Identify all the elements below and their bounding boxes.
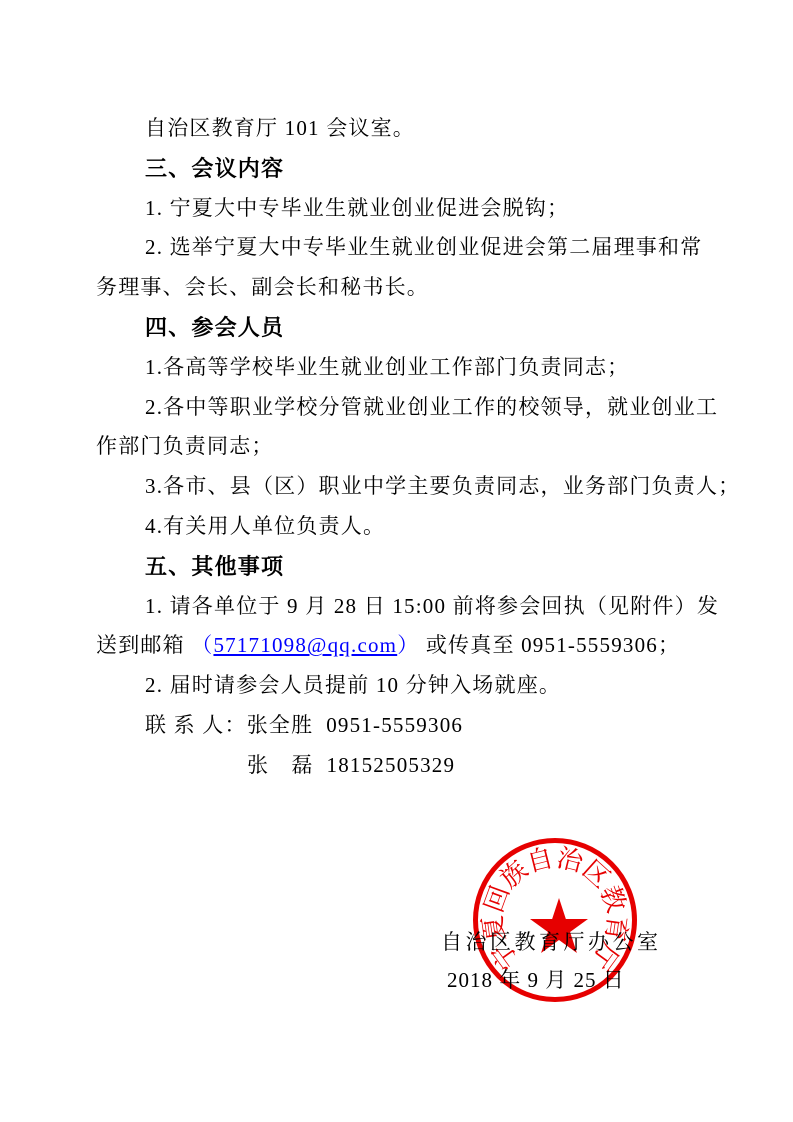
email-line-suffix: 或传真至 0951-5559306；	[419, 633, 680, 657]
list-item-other-2: 2. 届时请参会人员提前 10 分钟入场就座。	[96, 666, 720, 706]
paragraph-email-fax: 送到邮箱 （57171098@qq.com） 或传真至 0951-5559306…	[96, 626, 720, 666]
email-link[interactable]: 57171098@qq.com	[213, 633, 397, 657]
list-item-attendees-3: 3.各市、县（区）职业中学主要负责同志，业务部门负责人；	[96, 467, 720, 507]
contact-person-2: 张 磊 18152505329	[96, 746, 720, 786]
list-item-attendees-2: 2.各中等职业学校分管就业创业工作的校领导，就业创业工	[96, 388, 720, 428]
document-page: 自治区教育厅 101 会议室。 三、会议内容 1. 宁夏大中专毕业生就业创业促进…	[0, 0, 793, 1122]
email-line-prefix: 送到邮箱	[96, 633, 191, 657]
list-item-attendees-4: 4.有关用人单位负责人。	[96, 507, 720, 547]
list-item-content-2-cont: 务理事、会长、副会长和秘书长。	[96, 268, 720, 308]
paragraph-meeting-room: 自治区教育厅 101 会议室。	[96, 109, 720, 149]
document-body: 自治区教育厅 101 会议室。 三、会议内容 1. 宁夏大中专毕业生就业创业促进…	[96, 109, 720, 786]
list-item-attendees-2-cont: 作部门负责同志；	[96, 427, 720, 467]
email-paren-open: （	[191, 633, 213, 657]
contact-person-1: 联 系 人：张全胜 0951-5559306	[96, 706, 720, 746]
seal-arc-char: 自	[524, 845, 556, 877]
heading-other-matters: 五、其他事项	[96, 547, 720, 587]
signature-date: 2018 年 9 月 25 日	[447, 964, 625, 994]
list-item-content-2: 2. 选举宁夏大中专毕业生就业创业促进会第二届理事和常	[96, 228, 720, 268]
email-paren-close: ）	[397, 633, 419, 657]
list-item-content-1: 1. 宁夏大中专毕业生就业创业促进会脱钩；	[96, 189, 720, 229]
list-item-other-1: 1. 请各单位于 9 月 28 日 15:00 前将参会回执（见附件）发	[96, 587, 720, 627]
list-item-attendees-1: 1.各高等学校毕业生就业创业工作部门负责同志；	[96, 348, 720, 388]
signature-office: 自治区教育厅办公室	[441, 926, 662, 956]
heading-attendees: 四、参会人员	[96, 308, 720, 348]
heading-meeting-content: 三、会议内容	[96, 149, 720, 189]
